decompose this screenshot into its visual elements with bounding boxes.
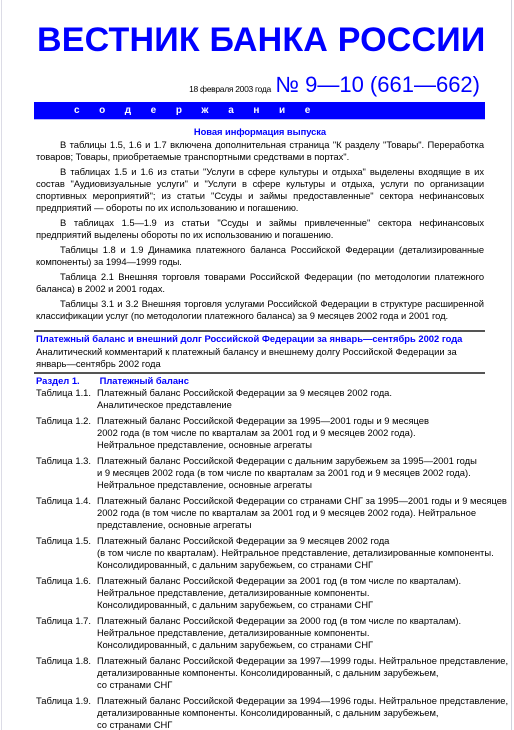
table-label: Таблица 1.8. <box>36 655 97 691</box>
table-description-line: Платежный баланс Российской Федерации за… <box>97 655 508 667</box>
table-description-line: 2002 года (в том числе по кварталам за 2… <box>97 507 507 519</box>
news-paragraph: В таблицах 1.5—1.9 из статьи "Ссуды и за… <box>36 217 484 241</box>
table-label: Таблица 1.2. <box>36 415 97 451</box>
table-label: Таблица 1.6. <box>36 575 97 611</box>
toc-table-entry[interactable]: Таблица 1.8.Платежный баланс Российской … <box>36 655 486 691</box>
table-label: Таблица 1.5. <box>36 535 97 571</box>
table-description: Платежный баланс Российской Федерации за… <box>97 695 508 730</box>
table-description: Платежный баланс Российской Федерации за… <box>97 387 486 411</box>
commentary-title[interactable]: Платежный баланс и внешний долг Российск… <box>36 333 462 345</box>
table-description-line: Нейтральное представление, детализирован… <box>97 627 486 639</box>
table-description: Платежный баланс Российской Федерации за… <box>97 415 486 451</box>
table-description-line: (в том числе по кварталам). Нейтральное … <box>97 547 494 559</box>
section-heading[interactable]: Раздел 1. Платежный баланс <box>36 375 189 387</box>
issue-number: № 9—10 (661—662) <box>275 72 480 97</box>
table-description-line: Нейтральное представление, основные агре… <box>97 439 486 451</box>
table-description: Платежный баланс Российской Федерации за… <box>97 575 486 611</box>
table-description: Платежный баланс Российской Федерации со… <box>97 495 507 531</box>
table-description-line: детализированные компоненты. Консолидиро… <box>97 707 508 719</box>
table-label: Таблица 1.7. <box>36 615 97 651</box>
table-description-line: и 9 месяцев 2002 года (в том числе по кв… <box>97 467 486 479</box>
toc-table-entry[interactable]: Таблица 1.9.Платежный баланс Российской … <box>36 695 486 730</box>
table-description: Платежный баланс Российской Федерации с … <box>97 455 486 491</box>
table-description-line: Консолидированный, с дальним зарубежьем,… <box>97 639 486 651</box>
table-description-line: Нейтральное представление, основные агре… <box>97 479 486 491</box>
toc-table-entry[interactable]: Таблица 1.3.Платежный баланс Российской … <box>36 455 486 491</box>
table-description-line: Нейтральное представление, детализирован… <box>97 587 486 599</box>
table-description-line: детализированные компоненты. Консолидиро… <box>97 667 508 679</box>
toc-table-entry[interactable]: Таблица 1.1.Платежный баланс Российской … <box>36 387 486 411</box>
table-description-line: Платежный баланс Российской Федерации за… <box>97 415 486 427</box>
contents-label: содержание <box>74 103 330 118</box>
table-label: Таблица 1.3. <box>36 455 97 491</box>
toc-table-entry[interactable]: Таблица 1.2.Платежный баланс Российской … <box>36 415 486 451</box>
new-info-title: Новая информация выпуска <box>36 126 484 138</box>
table-description-line: представление, основные агрегаты <box>97 519 507 531</box>
toc-table-entry[interactable]: Таблица 1.4.Платежный баланс Российской … <box>36 495 486 531</box>
table-description-line: Платежный баланс Российской Федерации со… <box>97 495 507 507</box>
table-description-line: Платежный баланс Российской Федерации с … <box>97 455 486 467</box>
contents-band: содержание <box>34 102 485 120</box>
divider <box>34 330 485 332</box>
table-description-line: со странами СНГ <box>97 679 508 691</box>
table-description-line: 2002 года (в том числе по кварталам за 2… <box>97 427 486 439</box>
table-label: Таблица 1.1. <box>36 387 97 411</box>
table-description: Платежный баланс Российской Федерации за… <box>97 655 508 691</box>
table-description-line: Платежный баланс Российской Федерации за… <box>97 615 486 627</box>
new-info-section: Новая информация выпуска В таблицы 1.5, … <box>36 126 484 325</box>
toc-table-entry[interactable]: Таблица 1.7.Платежный баланс Российской … <box>36 615 486 651</box>
table-description-line: Консолидированный, с дальним зарубежьем,… <box>97 599 486 611</box>
divider <box>34 372 485 374</box>
table-description-line: Аналитическое представление <box>97 399 486 411</box>
table-description: Платежный баланс Российской Федерации за… <box>97 615 486 651</box>
section-title: Платежный баланс <box>100 375 189 386</box>
news-paragraph: Таблицы 1.8 и 1.9 Динамика платежного ба… <box>36 244 484 268</box>
table-label: Таблица 1.9. <box>36 695 97 730</box>
table-label: Таблица 1.4. <box>36 495 97 531</box>
section-number: Раздел 1. <box>36 375 97 387</box>
news-paragraph: Таблица 2.1 Внешняя торговля товарами Ро… <box>36 271 484 295</box>
commentary-text: Аналитический комментарий к платежный ба… <box>36 346 476 370</box>
masthead-title: ВЕСТНИК БАНКА РОССИИ <box>37 20 486 60</box>
table-description-line: Консолидированный, с дальним зарубежьем,… <box>97 559 494 571</box>
table-list: Таблица 1.1.Платежный баланс Российской … <box>36 387 486 730</box>
table-description-line: Платежный баланс Российской Федерации за… <box>97 695 508 707</box>
news-paragraph: В таблицы 1.5, 1.6 и 1.7 включена дополн… <box>36 139 484 163</box>
table-description-line: со странами СНГ <box>97 719 508 730</box>
news-paragraph: Таблицы 3.1 и 3.2 Внешняя торговля услуг… <box>36 298 484 322</box>
table-description: Платежный баланс Российской Федерации за… <box>97 535 494 571</box>
document-page: ВЕСТНИК БАНКА РОССИИ 18 февраля 2003 год… <box>1 0 512 730</box>
toc-table-entry[interactable]: Таблица 1.5.Платежный баланс Российской … <box>36 535 486 571</box>
table-description-line: Платежный баланс Российской Федерации за… <box>97 575 486 587</box>
table-description-line: Платежный баланс Российской Федерации за… <box>97 387 486 399</box>
news-paragraph: В таблицах 1.5 и 1.6 из статьи "Услуги в… <box>36 166 484 214</box>
issue-date: 18 февраля 2003 года <box>189 84 271 94</box>
toc-table-entry[interactable]: Таблица 1.6.Платежный баланс Российской … <box>36 575 486 611</box>
table-description-line: Платежный баланс Российской Федерации за… <box>97 535 494 547</box>
issue-line: 18 февраля 2003 года № 9—10 (661—662) <box>189 70 480 104</box>
